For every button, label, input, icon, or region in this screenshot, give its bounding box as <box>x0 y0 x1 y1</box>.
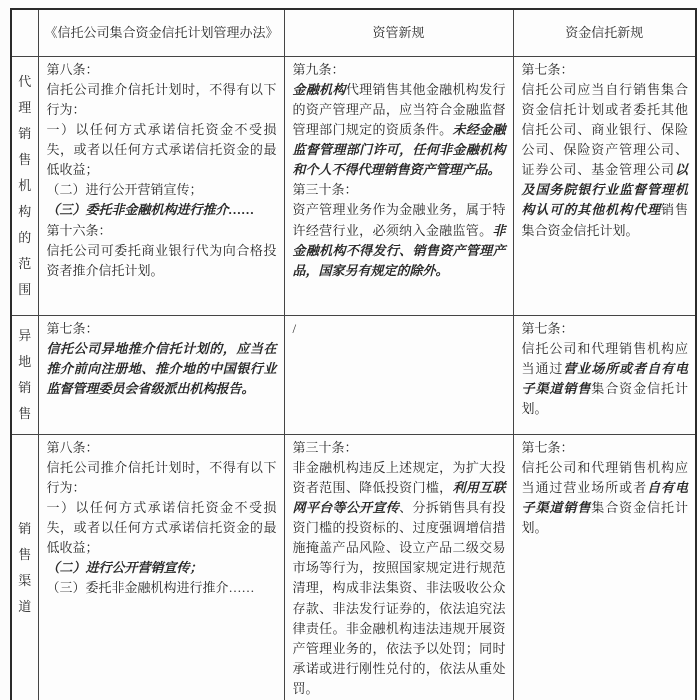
table-row-sales-channels: 销售渠道 第八条： 信托公司推介信托计划时，不得有以下行为： 一）以任何方式承诺… <box>11 434 696 700</box>
page: 《信托公司集合资金信托计划管理办法》 资管新规 资金信托新规 代理销售机构的范围… <box>0 0 700 700</box>
cell-sales-channels-asset-mgmt: 第三十条： 非金融机构违反上述规定，为扩大投资者范围、降低投资门槛，利用互联网平… <box>284 434 513 700</box>
corner-cell <box>11 9 38 56</box>
row-label-agency-scope: 代理销售机构的范围 <box>11 56 38 315</box>
cell-offsite-sales-fund-trust: 第七条： 信托公司和代理销售机构应当通过营业场所或者自有电子渠道销售集合资金信托… <box>513 315 696 434</box>
regulation-comparison-table: 《信托公司集合资金信托计划管理办法》 资管新规 资金信托新规 代理销售机构的范围… <box>10 8 697 700</box>
table-row-offsite-sales: 异地销售 第七条： 信托公司异地推介信托计划的，应当在推介前向注册地、推介地的中… <box>11 315 696 434</box>
cell-offsite-sales-trust-measures: 第七条： 信托公司异地推介信托计划的，应当在推介前向注册地、推介地的中国银行业监… <box>38 315 284 434</box>
cell-sales-channels-fund-trust: 第七条： 信托公司和代理销售机构应当通过营业场所或者自有电子渠道销售集合资金信托… <box>513 434 696 700</box>
row-label-sales-channels: 销售渠道 <box>11 434 38 700</box>
cell-agency-scope-fund-trust: 第七条： 信托公司应当自行销售集合资金信托计划或者委托其他信托公司、商业银行、保… <box>513 56 696 315</box>
row-label-offsite-sales: 异地销售 <box>11 315 38 434</box>
cell-offsite-sales-asset-mgmt: / <box>284 315 513 434</box>
table-row-agency-scope: 代理销售机构的范围 第八条： 信托公司推介信托计划时，不得有以下行为： 一）以任… <box>11 56 696 315</box>
cell-sales-channels-trust-measures: 第八条： 信托公司推介信托计划时，不得有以下行为： 一）以任何方式承诺信托资金不… <box>38 434 284 700</box>
header-trust-plan-measures: 《信托公司集合资金信托计划管理办法》 <box>38 9 284 56</box>
cell-agency-scope-trust-measures: 第八条： 信托公司推介信托计划时，不得有以下行为： 一）以任何方式承诺信托资金不… <box>38 56 284 315</box>
header-fund-trust-rules: 资金信托新规 <box>513 9 696 56</box>
header-asset-mgmt-rules: 资管新规 <box>284 9 513 56</box>
header-row: 《信托公司集合资金信托计划管理办法》 资管新规 资金信托新规 <box>11 9 696 56</box>
cell-agency-scope-asset-mgmt: 第九条： 金融机构代理销售其他金融机构发行的资产管理产品，应当符合金融监督管理部… <box>284 56 513 315</box>
